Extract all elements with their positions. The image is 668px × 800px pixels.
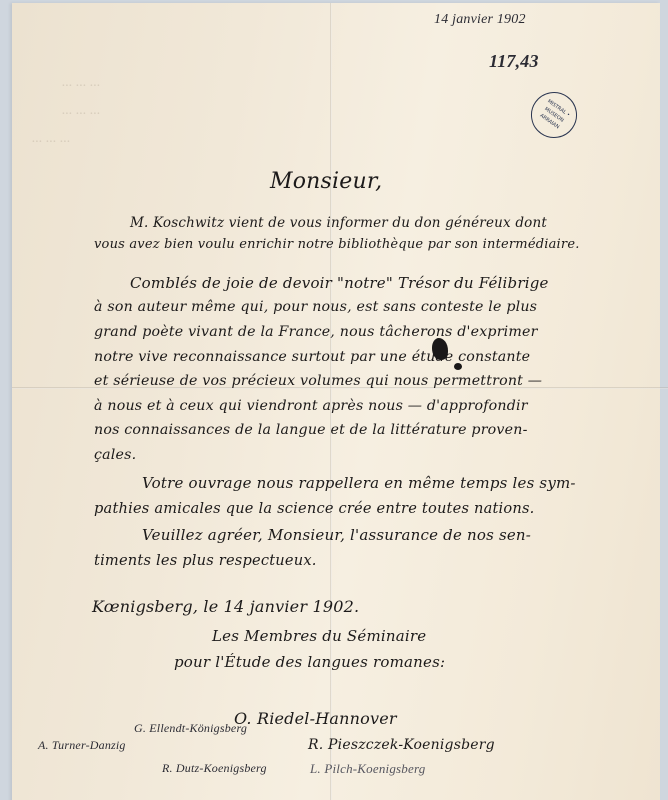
signature: L. Pilch-Koenigsberg xyxy=(310,761,425,777)
closing-line: pour l'Étude des langues romanes: xyxy=(174,653,445,671)
bleed-through-text: ... ... ... xyxy=(32,131,71,147)
letter-line: pathies amicales que la science crée ent… xyxy=(94,500,535,517)
letter-line: à son auteur même qui, pour nous, est sa… xyxy=(94,299,537,315)
letter-line: à nous et à ceux qui viendront après nou… xyxy=(94,398,528,414)
archive-date-note: 14 janvier 1902 xyxy=(434,12,526,28)
letter-paper: ... ... ... ... ... ... ... ... ... 14 j… xyxy=(12,3,660,800)
shelf-mark: 117,43 xyxy=(489,51,539,72)
place-and-date: Kœnigsberg, le 14 janvier 1902. xyxy=(92,597,359,616)
letter-line: çales. xyxy=(94,447,136,463)
letter-line: timents les plus respectueux. xyxy=(94,552,317,569)
letter-line: vous avez bien voulu enrichir notre bibl… xyxy=(94,237,580,252)
signature: G. Ellendt-Königsberg xyxy=(134,721,247,736)
signature: R. Dutz-Koenigsberg xyxy=(162,761,267,776)
museon-stamp-icon: MISTRAL • MUSEON ARRAIAN xyxy=(522,83,586,147)
letter-line: M. Koschwitz vient de vous informer du d… xyxy=(130,215,547,231)
signature: R. Pieszczek-Koenigsberg xyxy=(308,737,495,753)
closing-line: Les Membres du Séminaire xyxy=(212,627,426,645)
salutation: Monsieur, xyxy=(270,169,382,194)
signature: O. Riedel-Hannover xyxy=(234,709,397,728)
bleed-through-text: ... ... ... xyxy=(62,75,101,91)
letter-line: grand poète vivant de la France, nous tâ… xyxy=(94,324,538,340)
letter-line: notre vive reconnaissance surtout par un… xyxy=(94,349,530,365)
letter-line: et sérieuse de vos précieux volumes qui … xyxy=(94,373,542,389)
ink-blot xyxy=(432,338,448,360)
letter-line: nos connaissances de la langue et de la … xyxy=(94,422,528,438)
letter-line: Comblés de joie de devoir "notre" Trésor… xyxy=(130,274,549,292)
letter-line: Votre ouvrage nous rappellera en même te… xyxy=(142,474,576,492)
ink-blot xyxy=(454,363,462,370)
signature: A. Turner-Danzig xyxy=(38,738,126,753)
letter-line: Veuillez agréer, Monsieur, l'assurance d… xyxy=(142,526,531,544)
bleed-through-text: ... ... ... xyxy=(62,103,101,119)
